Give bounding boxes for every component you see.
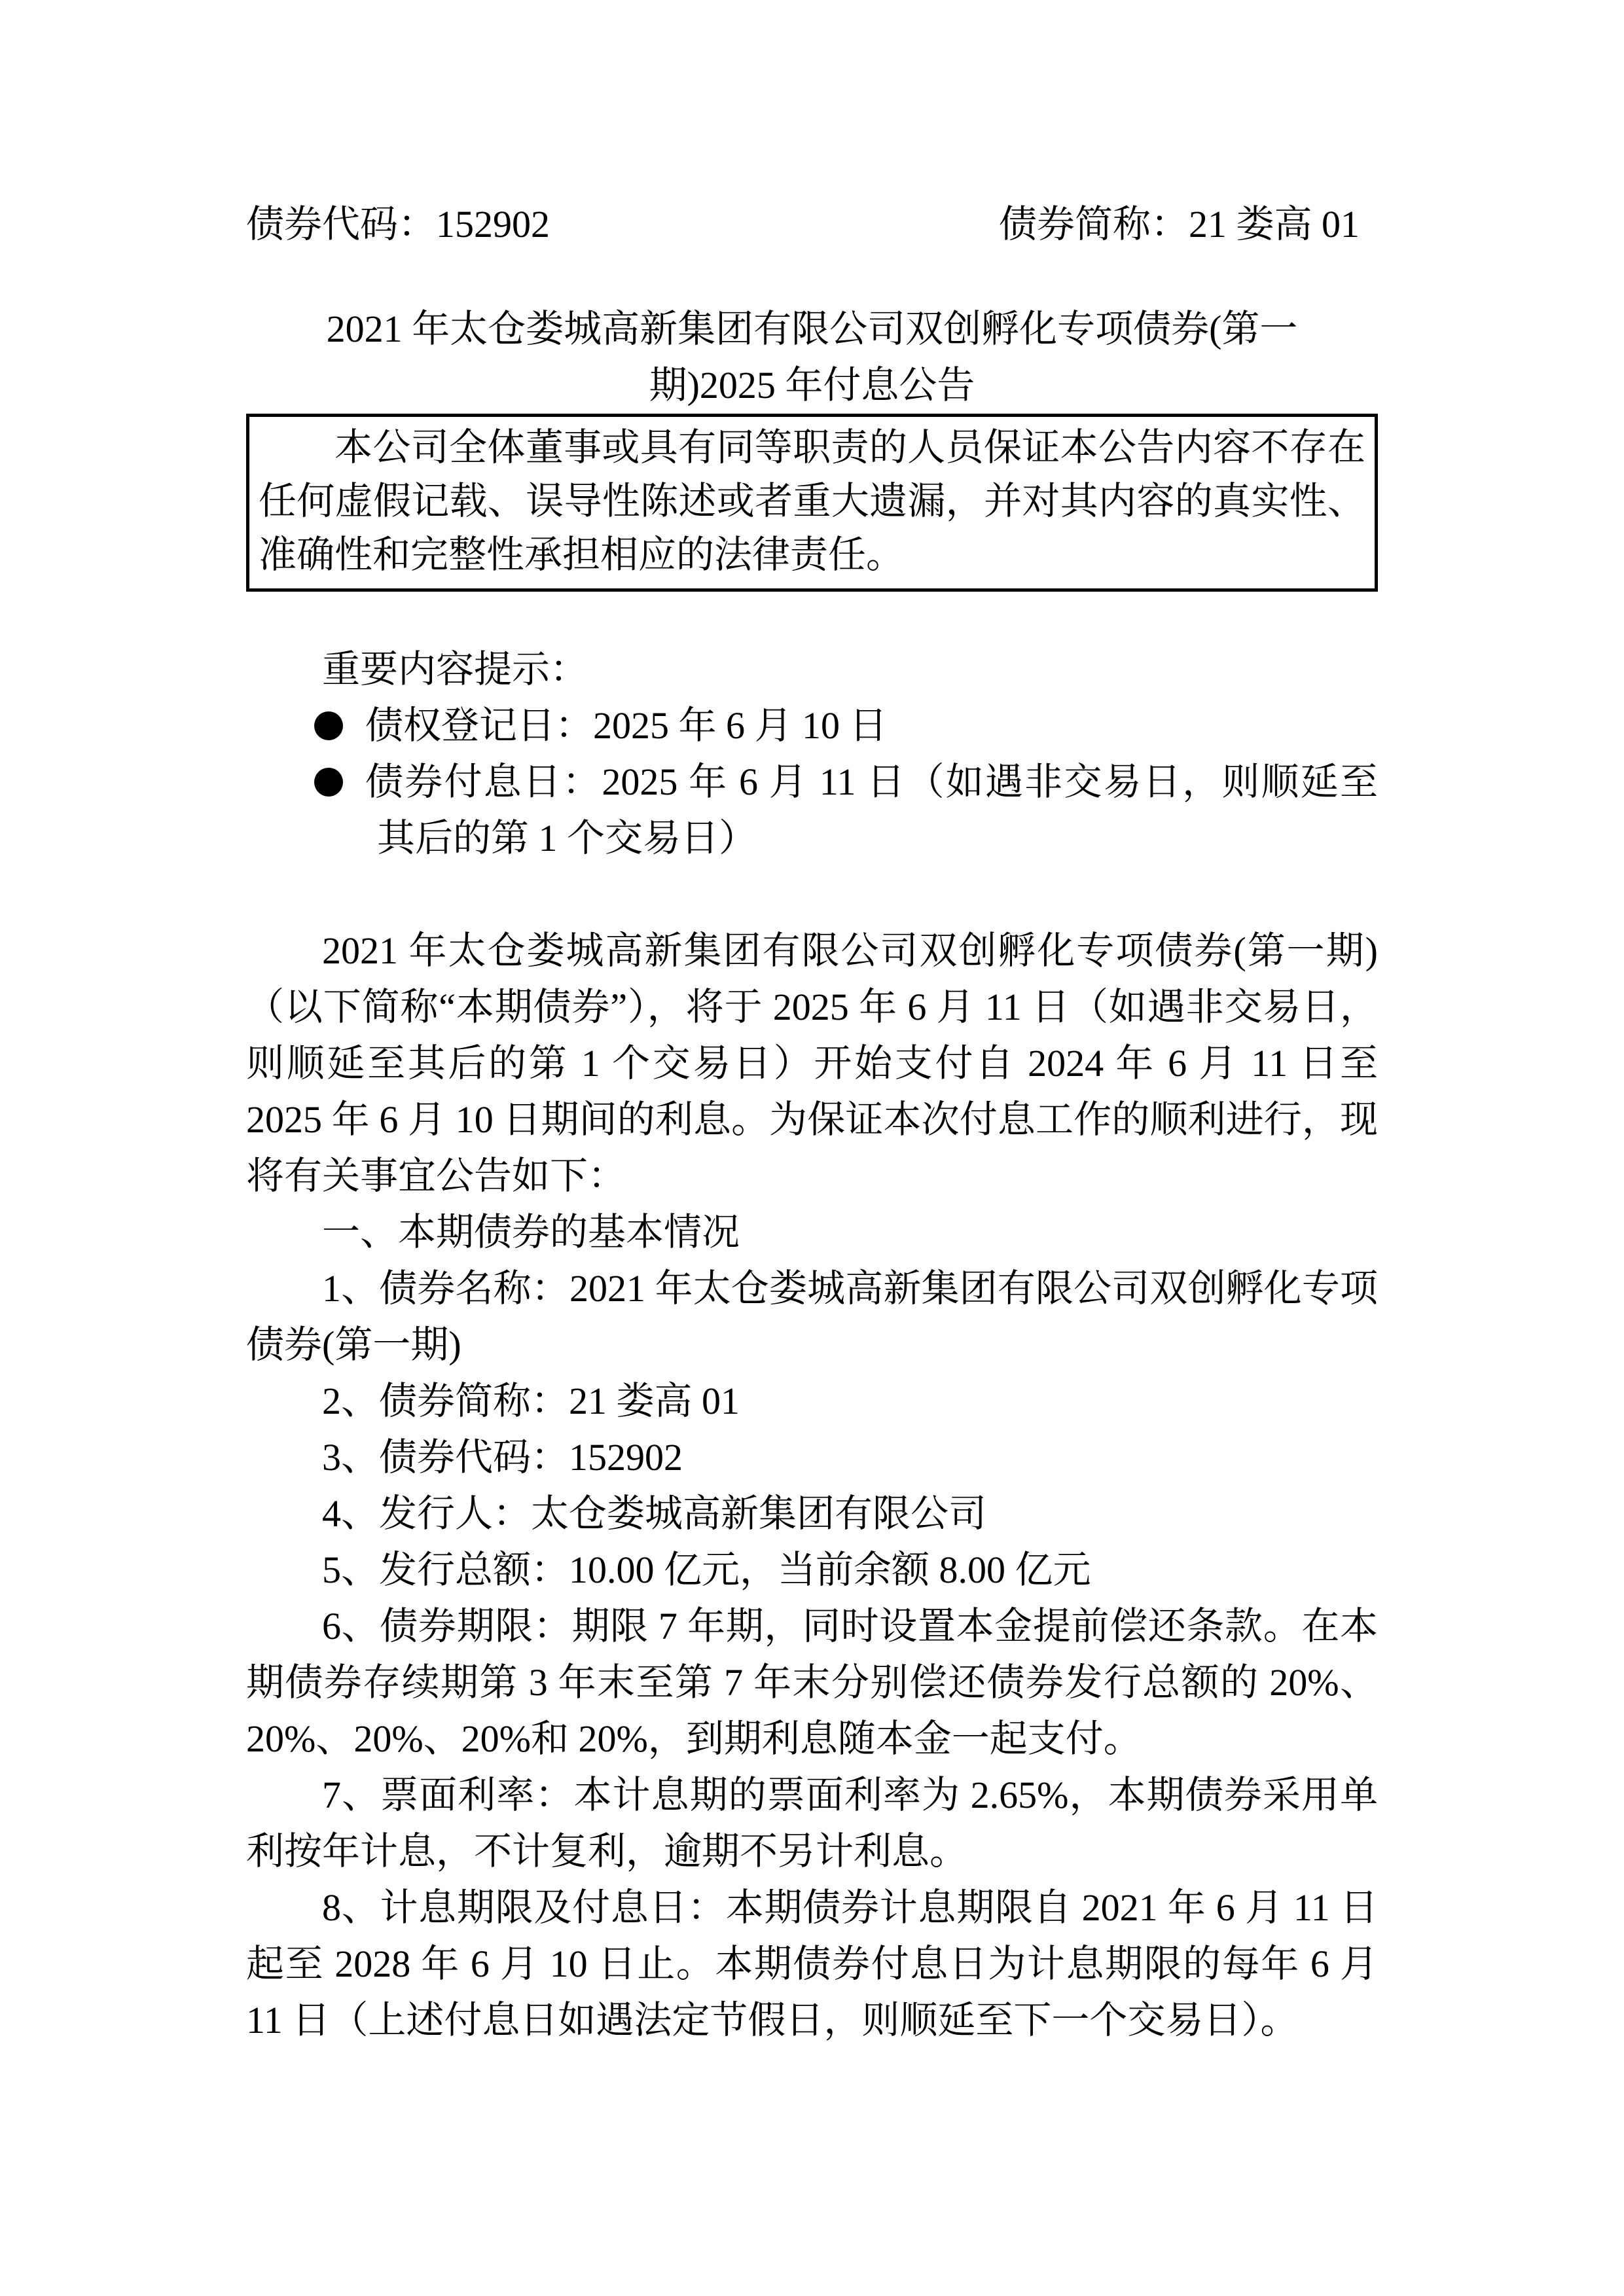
doc-title-line2: 期)2025 年付息公告	[649, 364, 975, 406]
section1-heading: 一、本期债券的基本情况	[246, 1204, 1378, 1261]
doc-title: 2021 年太仓娄城高新集团有限公司双创孵化专项债券(第一 期)2025 年付息…	[246, 301, 1378, 414]
item-issuer: 4、发行人：太仓娄城高新集团有限公司	[246, 1486, 1378, 1542]
bond-abbr-label: 债券简称：21 娄高 01	[999, 196, 1378, 253]
intro-paragraph: 2021 年太仓娄城高新集团有限公司双创孵化专项债券(第一期)（以下简称“本期债…	[246, 923, 1378, 1204]
list-item-payment-date: 债券付息日：2025 年 6 月 11 日（如遇非交易日，则顺延至其后的第 1 …	[246, 754, 1378, 867]
bullet-icon	[314, 768, 343, 797]
bullet-icon	[314, 711, 343, 740]
item-bond-term: 6、债券期限：期限 7 年期，同时设置本金提前偿还条款。在本期债券存续期第 3 …	[246, 1598, 1378, 1767]
record-date-text: 债权登记日：2025 年 6 月 10 日	[365, 704, 888, 747]
disclaimer-box: 本公司全体董事或具有同等职责的人员保证本公告内容不存在任何虚假记载、误导性陈述或…	[246, 414, 1378, 592]
payment-date-text: 债券付息日：2025 年 6 月 11 日（如遇非交易日，则顺延至其后的第 1 …	[365, 761, 1378, 859]
bond-code-label: 债券代码：152902	[246, 196, 550, 253]
item-interest-period: 8、计息期限及付息日：本期债券计息期限自 2021 年 6 月 11 日起至 2…	[246, 1880, 1378, 2049]
document-page: 债券代码：152902 债券简称：21 娄高 01 2021 年太仓娄城高新集团…	[0, 0, 1624, 2296]
important-notice-list: 债权登记日：2025 年 6 月 10 日 债券付息日：2025 年 6 月 1…	[246, 698, 1378, 867]
doc-title-line1: 2021 年太仓娄城高新集团有限公司双创孵化专项债券(第一	[327, 308, 1298, 350]
item-issue-amount: 5、发行总额：10.00 亿元，当前余额 8.00 亿元	[246, 1542, 1378, 1598]
list-item-record-date: 债权登记日：2025 年 6 月 10 日	[246, 698, 1378, 754]
disclaimer-text: 本公司全体董事或具有同等职责的人员保证本公告内容不存在任何虚假记载、误导性陈述或…	[259, 421, 1365, 582]
item-bond-abbr: 2、债券简称：21 娄高 01	[246, 1373, 1378, 1429]
important-notice-heading: 重要内容提示：	[246, 641, 1378, 698]
item-bond-code: 3、债券代码：152902	[246, 1429, 1378, 1486]
item-coupon-rate: 7、票面利率：本计息期的票面利率为 2.65%，本期债券采用单利按年计息，不计复…	[246, 1767, 1378, 1880]
doc-header: 债券代码：152902 债券简称：21 娄高 01	[246, 196, 1378, 253]
item-bond-name: 1、债券名称：2021 年太仓娄城高新集团有限公司双创孵化专项债券(第一期)	[246, 1261, 1378, 1373]
